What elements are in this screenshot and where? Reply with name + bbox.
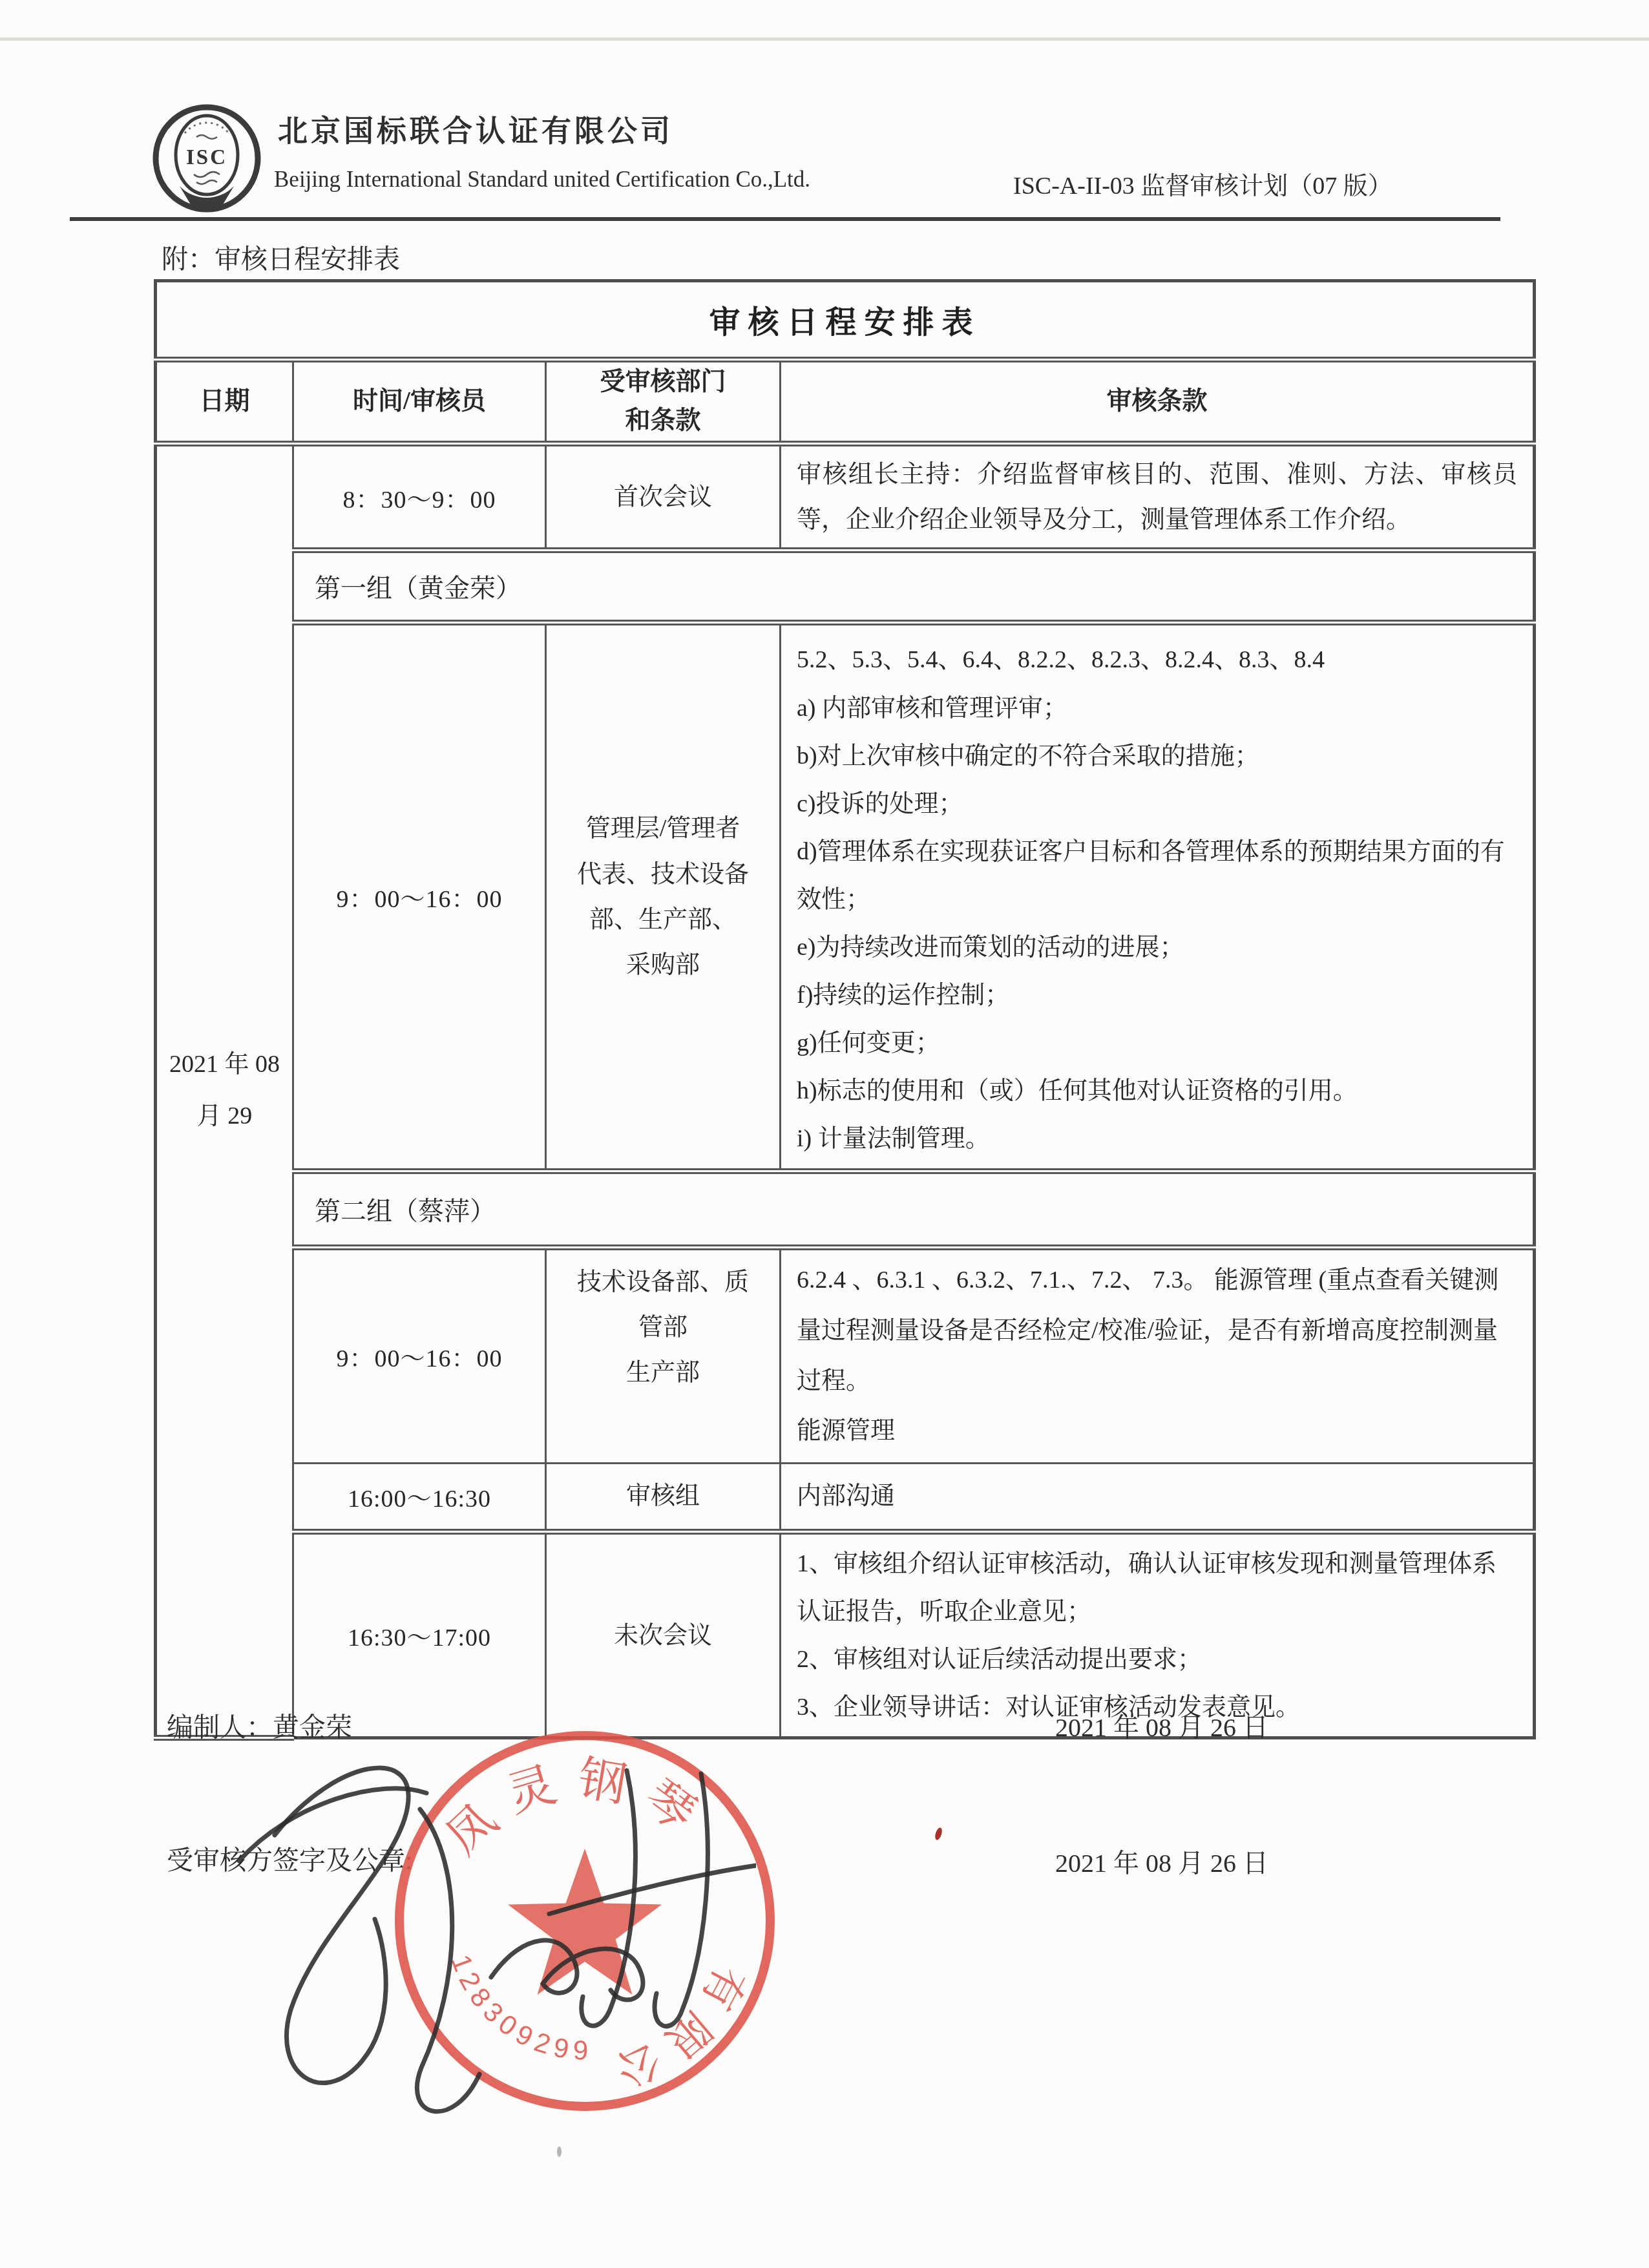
col-header-department: 受审核部门 和条款 (546, 360, 781, 444)
session-time: 8：30～9：00 (293, 443, 546, 551)
audit-schedule-table: 审核日程安排表 日期 时间/审核员 受审核部门 和条款 审核条款 2021 年 … (154, 279, 1536, 1741)
table-header-row: 日期 时间/审核员 受审核部门 和条款 审核条款 (156, 360, 1535, 444)
company-name-cn: 北京国标联合认证有限公司 (278, 107, 673, 150)
table-title-row: 审核日程安排表 (156, 281, 1535, 360)
group-row: 第一组（黄金荣） (156, 551, 1535, 623)
ink-speck (934, 1827, 943, 1841)
handwritten-signature (213, 1699, 756, 2126)
table-row: 9：00～16：00 管理层/管理者 代表、技术设备 部、生产部、 采购部 5.… (156, 623, 1535, 1171)
session-time: 16:00～16:30 (293, 1463, 546, 1531)
session-dept: 管理层/管理者 代表、技术设备 部、生产部、 采购部 (546, 623, 781, 1171)
header-divider (70, 217, 1500, 221)
table-row: 16:00～16:30 审核组 内部沟通 (156, 1463, 1535, 1531)
session-dept: 技术设备部、质 管部 生产部 (546, 1247, 781, 1463)
session-clause: 5.2、5.3、5.4、6.4、8.2.2、8.2.3、8.2.4、8.3、8.… (781, 623, 1535, 1171)
group-label: 第一组（黄金荣） (293, 551, 1535, 623)
session-dept: 审核组 (546, 1463, 781, 1531)
document-code: ISC-A-II-03 监督审核计划（07 版） (1013, 165, 1392, 201)
session-clause: 审核组长主持：介绍监督审核目的、范围、准则、方法、审核员等，企业介绍企业领导及分… (781, 443, 1535, 551)
scanner-edge-artifact (0, 37, 1649, 41)
scanned-audit-plan-page: ISC 北京国标联合认证有限公司 Beijing International S… (0, 0, 1649, 2268)
session-time: 9：00～16：00 (293, 1247, 546, 1463)
group-label: 第二组（蔡萍） (293, 1171, 1535, 1247)
audit-date: 2021 年 08 月 29 (156, 443, 293, 1738)
prepared-date: 2021 年 08 月 26 日 (1055, 1707, 1268, 1744)
company-name-en: Beijing International Standard united Ce… (274, 167, 810, 193)
session-clause: 6.2.4 、6.3.1 、6.3.2、7.1.、7.2、 7.3。 能源管理 … (781, 1247, 1535, 1463)
scan-speck (557, 2147, 562, 2157)
table-row: 9：00～16：00 技术设备部、质 管部 生产部 6.2.4 、6.3.1 、… (156, 1247, 1535, 1463)
table-title: 审核日程安排表 (156, 281, 1535, 360)
table-row: 2021 年 08 月 29 8：30～9：00 首次会议 审核组长主持：介绍监… (156, 443, 1535, 551)
isc-logo-icon: ISC (147, 97, 267, 223)
session-dept: 首次会议 (546, 443, 781, 551)
session-clause: 内部沟通 (781, 1463, 1535, 1531)
signed-date: 2021 年 08 月 26 日 (1055, 1843, 1268, 1880)
attachment-label: 附：审核日程安排表 (162, 238, 400, 276)
session-time: 9：00～16：00 (293, 623, 546, 1171)
col-header-date: 日期 (156, 360, 293, 444)
logo-text: ISC (186, 146, 227, 169)
group-row: 第二组（蔡萍） (156, 1171, 1535, 1247)
col-header-time-auditor: 时间/审核员 (293, 360, 546, 444)
col-header-clauses: 审核条款 (781, 360, 1535, 444)
